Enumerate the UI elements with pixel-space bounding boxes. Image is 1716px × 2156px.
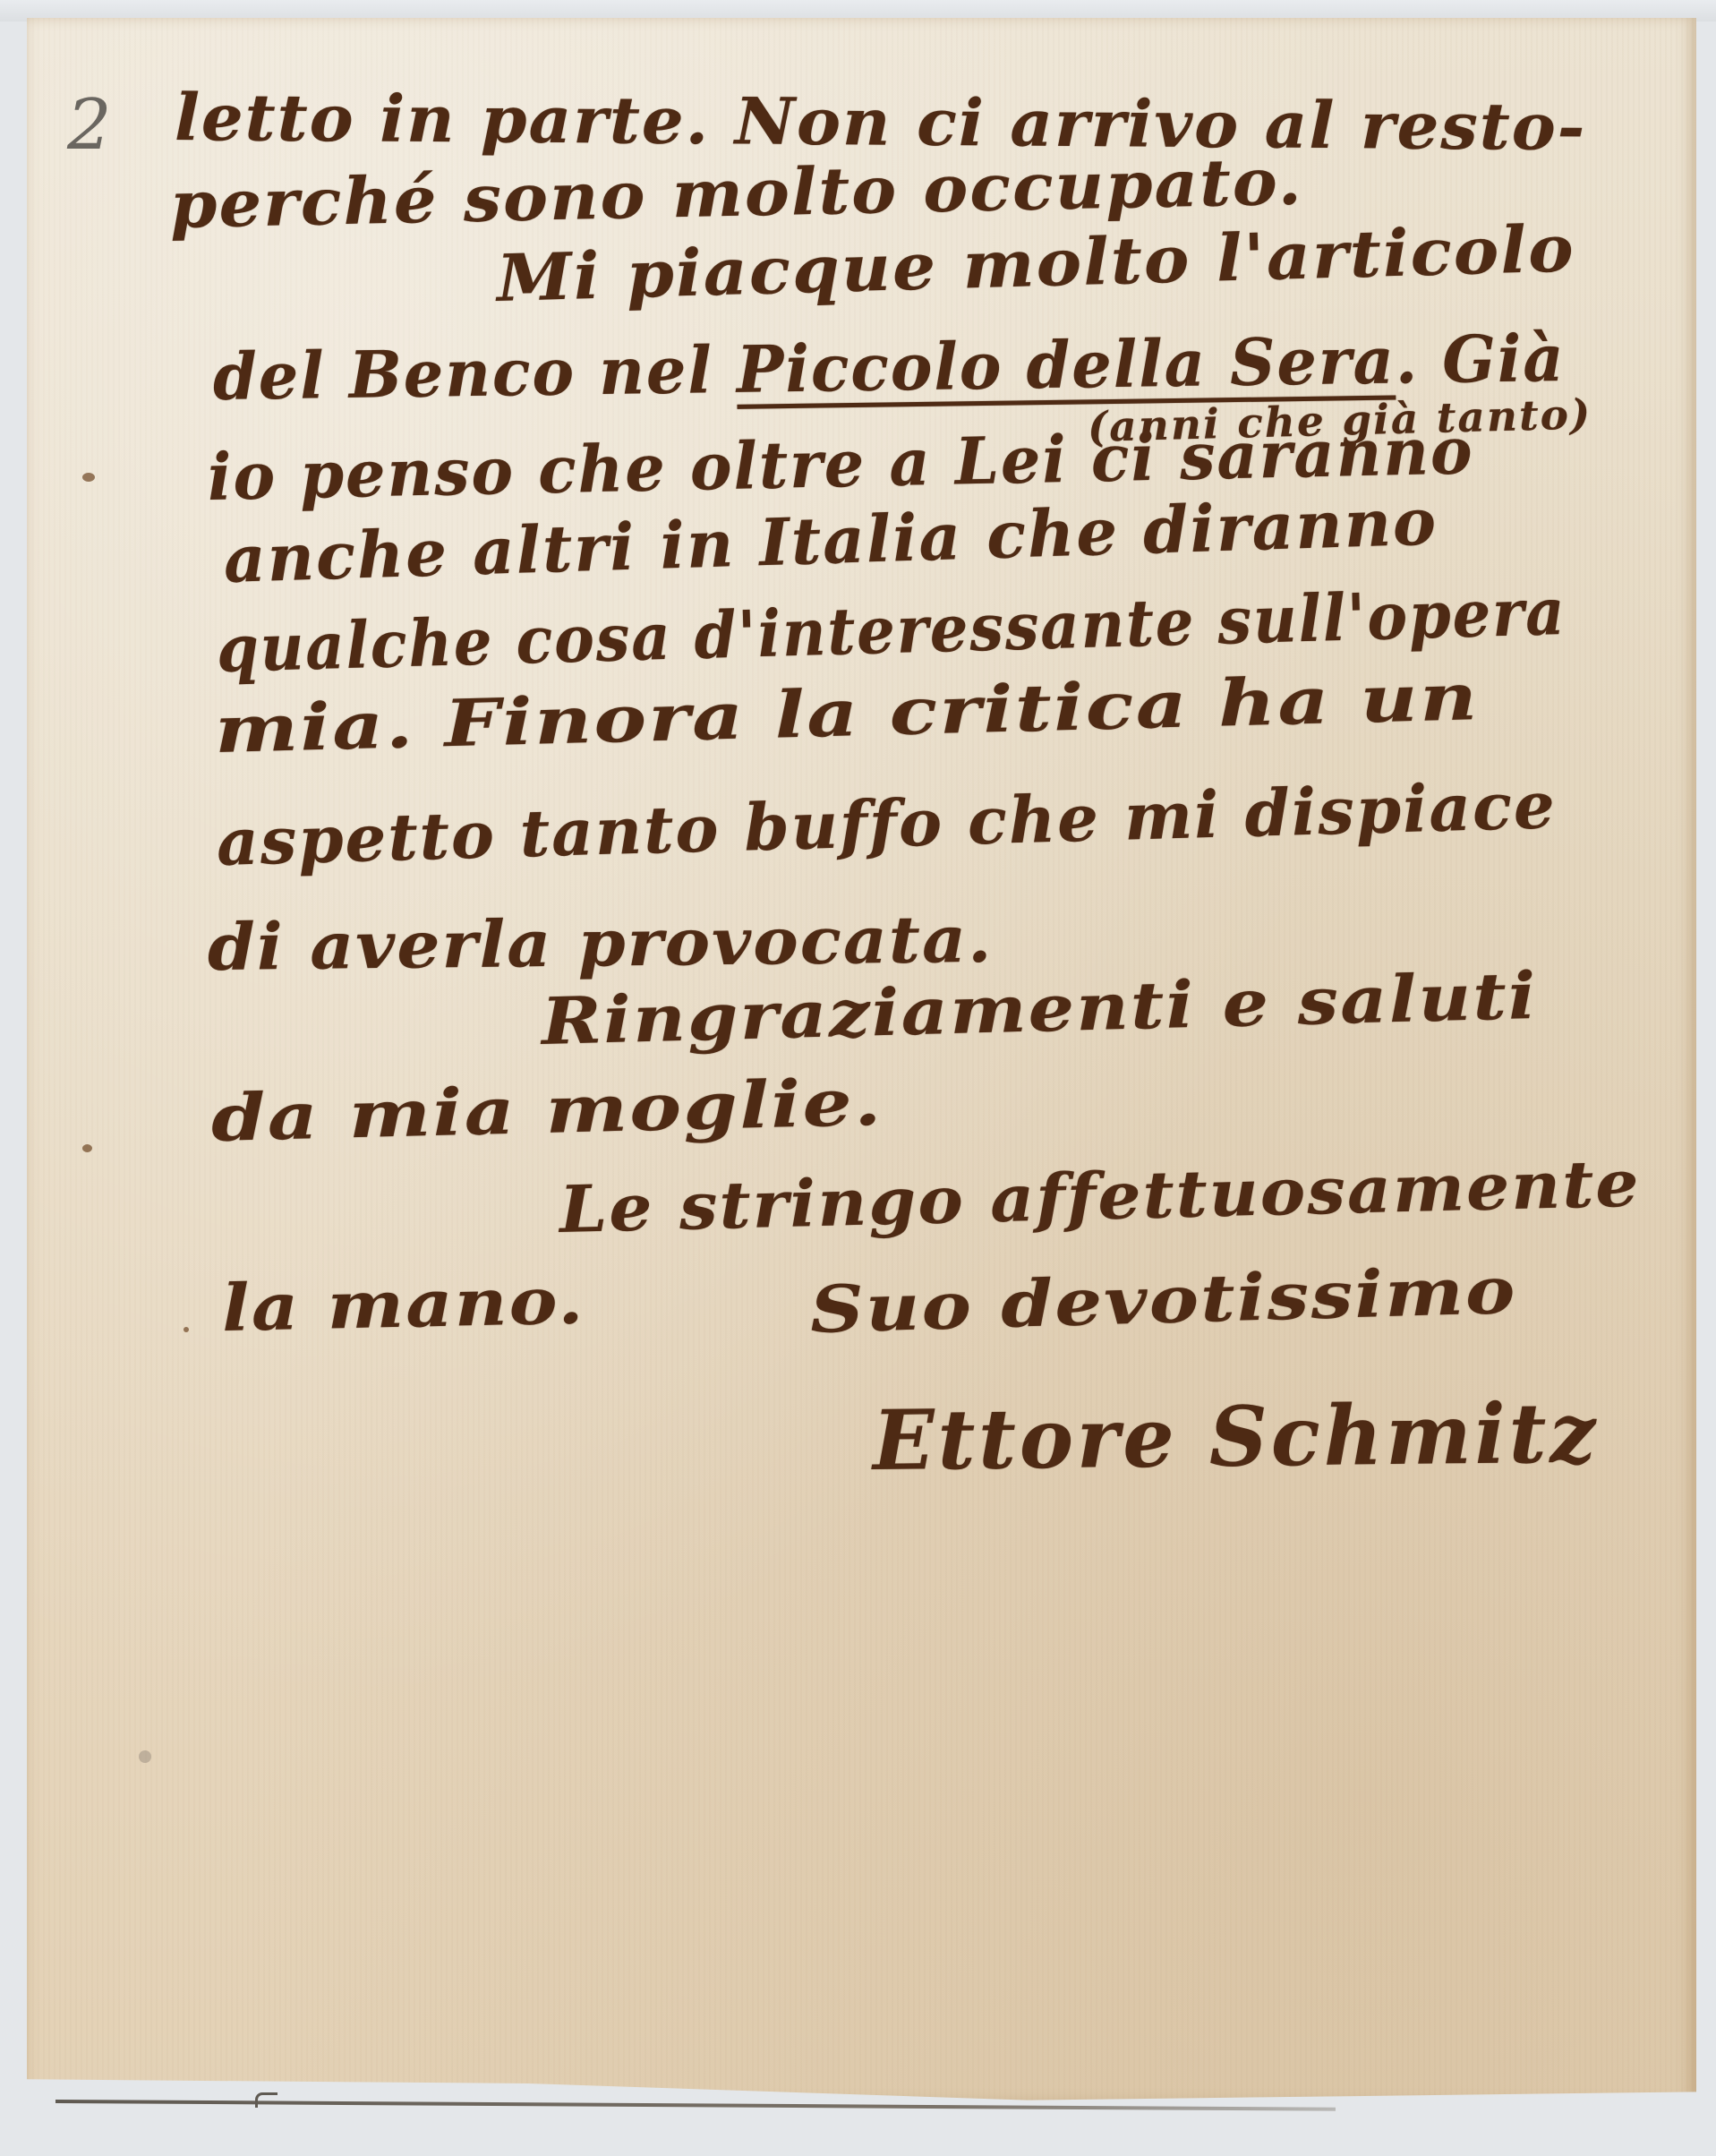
letter-line-14: la mano.	[221, 1262, 585, 1346]
ink-spot	[139, 1750, 151, 1763]
bottom-rule-mark	[255, 2092, 277, 2108]
ink-spot	[184, 1327, 189, 1332]
letter-line-10: di averla provocata.	[208, 901, 994, 985]
letter-line-4-end: . Già	[1395, 320, 1566, 398]
newspaper-title: Piccolo della Sera	[736, 322, 1396, 407]
ink-spot	[82, 473, 95, 482]
bottom-margin-rule	[55, 2100, 1336, 2111]
ink-spot	[82, 1144, 92, 1152]
letter-line-4-start: del Benco nel	[212, 331, 737, 415]
page-number: 2	[67, 85, 112, 166]
signature: Ettore Schmitz	[872, 1385, 1599, 1489]
